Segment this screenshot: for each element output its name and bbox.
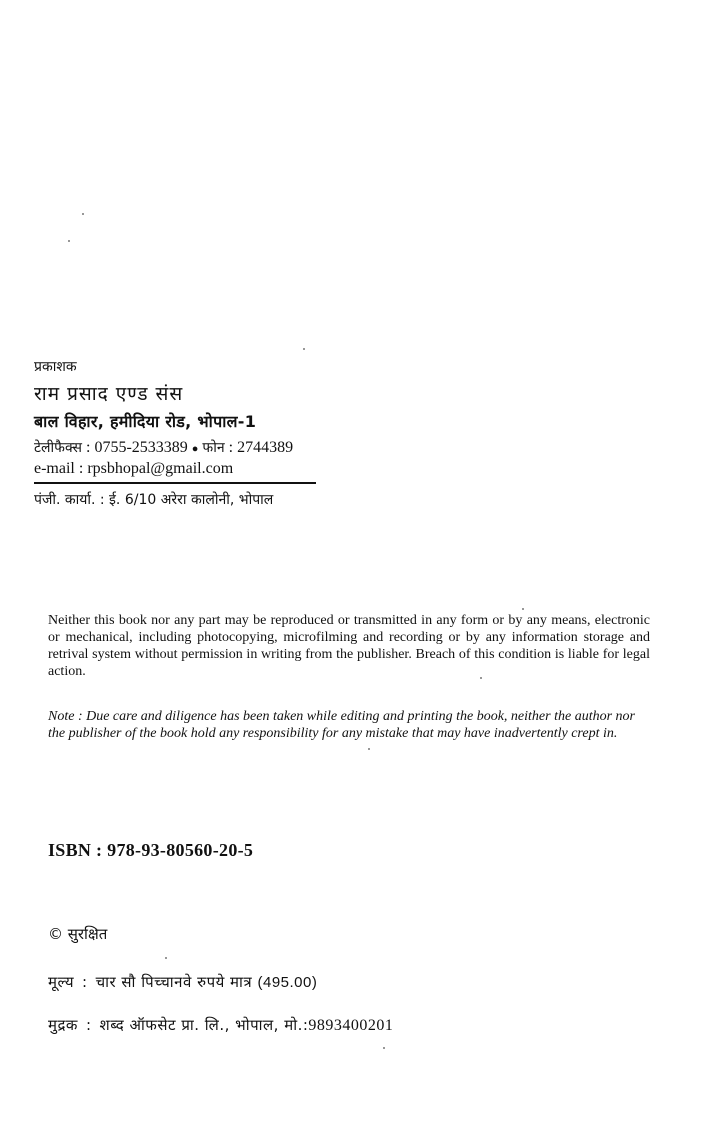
disclaimer-note: Note : Due care and diligence has been t…	[48, 708, 650, 742]
printer-line: मुद्रक:शब्द ऑफसेट प्रा. लि., भोपाल, मो.:…	[48, 1015, 393, 1035]
scan-speck	[68, 240, 70, 242]
copyright-icon: ©	[48, 925, 63, 943]
publisher-label: प्रकाशक	[34, 357, 77, 376]
isbn-line: ISBN : 978-93-80560-20-5	[48, 840, 253, 861]
scan-speck	[368, 748, 370, 750]
colon-separator: :	[82, 973, 88, 991]
bullet-icon: ●	[192, 443, 199, 455]
divider-line	[34, 482, 316, 484]
phone-number: 2744389	[237, 439, 293, 456]
colon-separator: :	[86, 1016, 92, 1034]
phone-label: फोन	[202, 440, 224, 456]
scan-speck	[383, 1047, 385, 1049]
rights-notice: Neither this book nor any part may be re…	[48, 612, 650, 680]
colon-separator: :	[75, 460, 87, 477]
copyright-text: सुरक्षित	[68, 925, 107, 943]
telefax-number: 0755-2533389	[94, 439, 187, 456]
telefax-label: टेलीफैक्स	[34, 440, 82, 456]
mobile-label: मो.:	[284, 1016, 308, 1034]
publisher-name: राम प्रसाद एण्ड संस	[34, 380, 183, 406]
copyright-line: © सुरक्षित	[48, 924, 107, 944]
scan-speck	[82, 213, 84, 215]
publisher-contact: टेलीफैक्स : 0755-2533389 ● फोन : 2744389	[34, 438, 293, 457]
mobile-number: 9893400201	[308, 1017, 393, 1034]
price-label: मूल्य	[48, 973, 74, 991]
scan-speck	[303, 348, 305, 350]
isbn-value: 978-93-80560-20-5	[107, 840, 253, 860]
price-text: चार सौ पिच्चानवे रुपये मात्र	[96, 973, 253, 991]
printer-label: मुद्रक	[48, 1016, 78, 1034]
email-address[interactable]: rpsbhopal@gmail.com	[87, 460, 233, 477]
price-amount: (495.00)	[257, 974, 317, 991]
printer-name: शब्द ऑफसेट प्रा. लि., भोपाल,	[100, 1016, 279, 1034]
registered-office: पंजी. कार्या. : ई. 6/10 अरेरा कालोनी, भो…	[34, 490, 273, 509]
price-line: मूल्य:चार सौ पिच्चानवे रुपये मात्र (495.…	[48, 972, 317, 992]
colon-separator: :	[229, 439, 237, 456]
publisher-email-line: e-mail : rpsbhopal@gmail.com	[34, 460, 233, 478]
email-label: e-mail	[34, 460, 75, 477]
publisher-address: बाल विहार, हमीदिया रोड, भोपाल-1	[34, 410, 256, 432]
colon-separator: :	[91, 840, 107, 860]
scan-speck	[165, 957, 167, 959]
isbn-label: ISBN	[48, 840, 91, 860]
scan-speck	[522, 608, 524, 610]
